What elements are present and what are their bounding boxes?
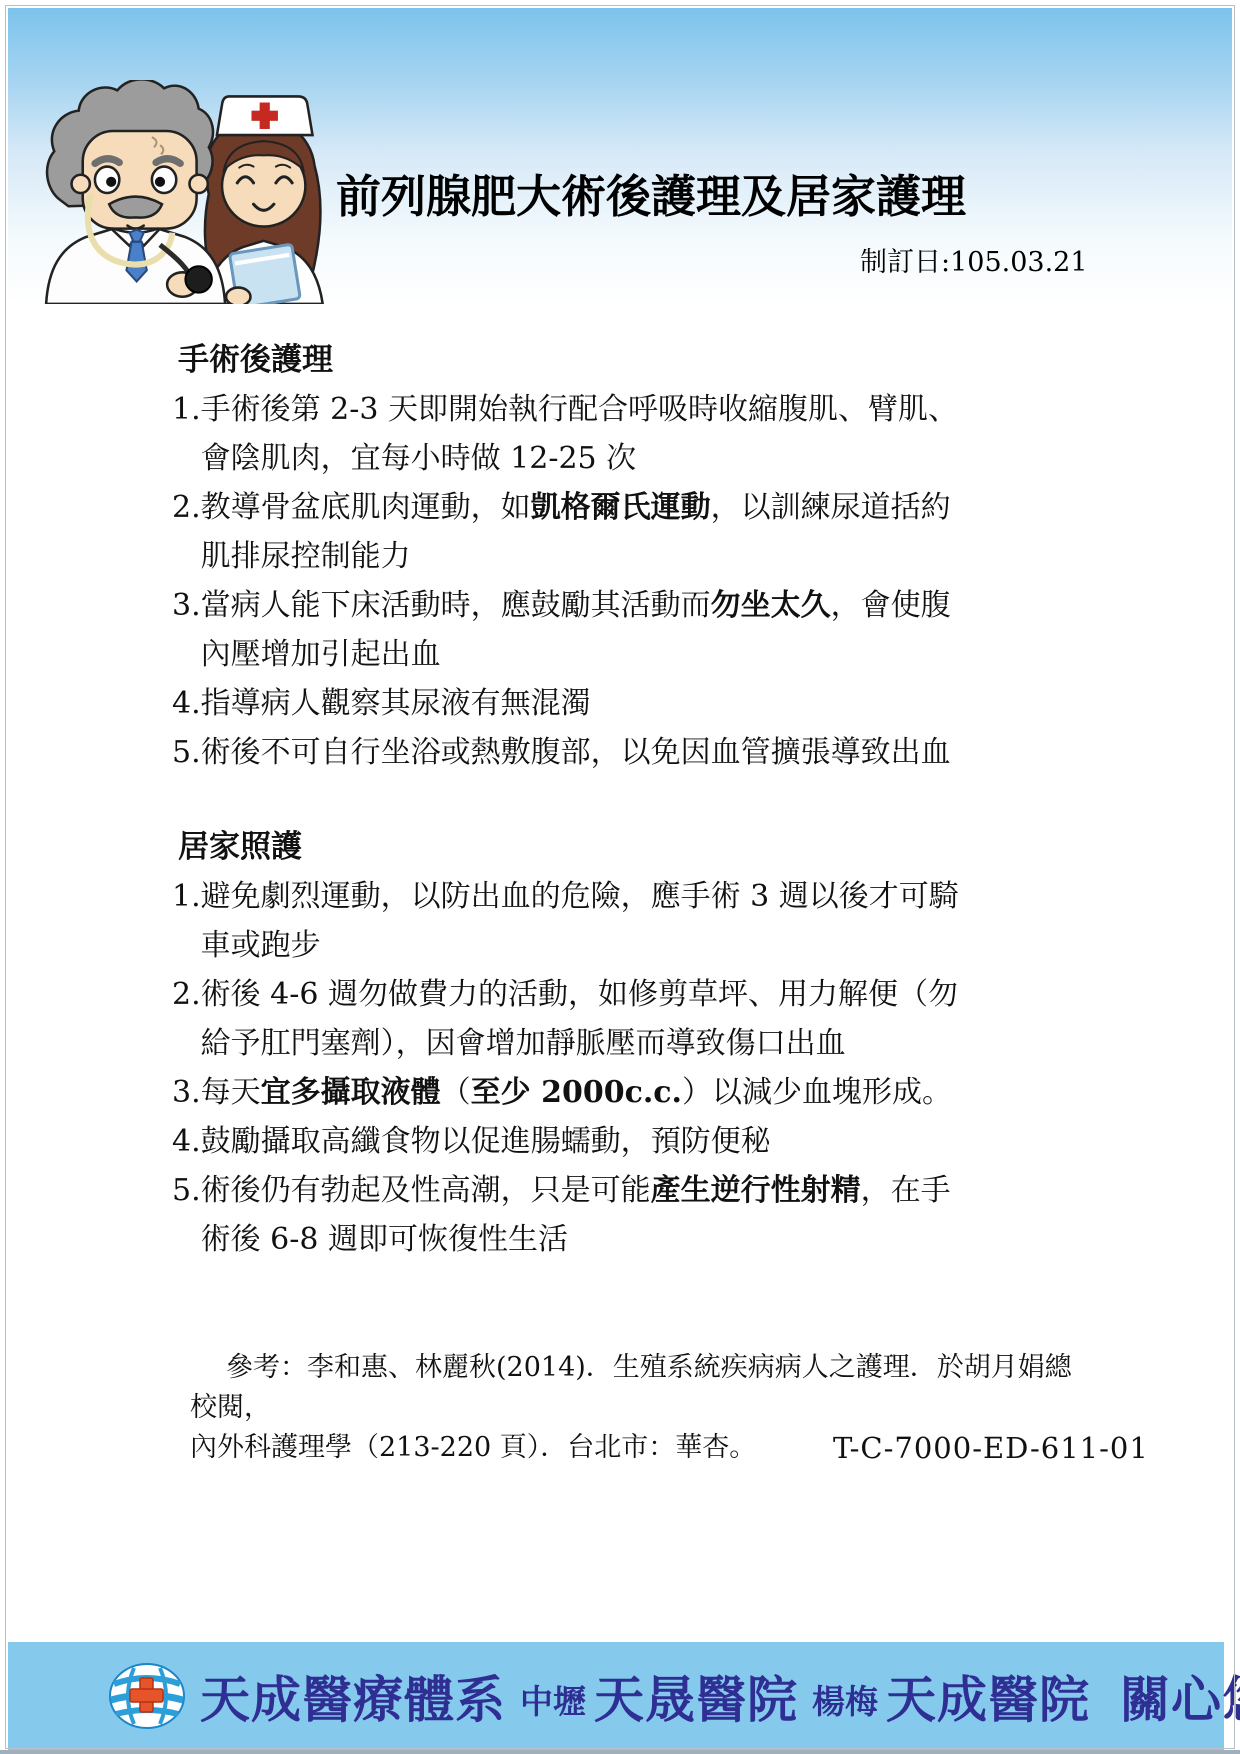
reference-line: 參考：李和惠、林麗秋(2014)．生殖系統疾病病人之護理．於胡月娟總校閱， <box>190 1348 1090 1428</box>
leaflet-page: 前列腺肥大術後護理及居家護理 制訂日:105.03.21 手術後護理 1. 手術… <box>0 0 1240 1754</box>
list-item: 5. 術後不可自行坐浴或熱敷腹部，以免因血管擴張導致出血 <box>172 728 972 777</box>
item-number: 2. <box>172 483 201 532</box>
nurse-figure <box>205 96 323 304</box>
section-home-care: 居家照護 1. 避免劇烈運動，以防出血的危險，應手術 3 週以後才可騎車或跑步 … <box>172 823 972 1264</box>
hospital-globe-cross-logo-icon <box>108 1662 186 1730</box>
item-text: 術後 4-6 週勿做費力的活動，如修剪草坪、用力解便（勿給予肛門塞劑），因會增加… <box>201 970 972 1068</box>
list-item: 4. 指導病人觀察其尿液有無混濁 <box>172 679 972 728</box>
hospital-name: 天晟醫院 <box>594 1660 798 1732</box>
section-heading: 手術後護理 <box>172 336 972 385</box>
list-item: 4. 鼓勵攝取高纖食物以促進腸蠕動，預防便秘 <box>172 1117 972 1166</box>
hospital-name: 天成醫院 <box>886 1660 1090 1732</box>
list-item: 1. 避免劇烈運動，以防出血的危險，應手術 3 週以後才可騎車或跑步 <box>172 872 972 970</box>
issue-date: 制訂日:105.03.21 <box>860 240 1088 279</box>
footer-band: 天成醫療體系 中壢 天晟醫院 楊梅 天成醫院 關心您 <box>8 1642 1224 1750</box>
list-item: 3. 當病人能下床活動時，應鼓勵其活動而勿坐太久，會使腹內壓增加引起出血 <box>172 581 972 679</box>
item-number: 2. <box>172 970 201 1019</box>
page-title: 前列腺肥大術後護理及居家護理 <box>336 160 966 225</box>
footer-branding: 天成醫療體系 中壢 天晟醫院 楊梅 天成醫院 關心您 <box>108 1642 1240 1750</box>
list-item: 5. 術後仍有勃起及性高潮，只是可能產生逆行性射精，在手術後 6-8 週即可恢復… <box>172 1166 972 1264</box>
item-number: 5. <box>172 1166 201 1215</box>
location-label: 中壢 <box>520 1676 586 1723</box>
header-banner: 前列腺肥大術後護理及居家護理 制訂日:105.03.21 <box>8 8 1232 304</box>
item-text: 術後不可自行坐浴或熱敷腹部，以免因血管擴張導致出血 <box>201 728 972 777</box>
document-body: 手術後護理 1. 手術後第 2-3 天即開始執行配合呼吸時收縮腹肌、臂肌、會陰肌… <box>172 336 972 1264</box>
page-bottom-edge <box>0 1750 1240 1754</box>
item-number: 4. <box>172 1117 201 1166</box>
item-number: 1. <box>172 872 201 921</box>
list-item: 3. 每天宜多攝取液體（至少 2000c.c.）以減少血塊形成。 <box>172 1068 972 1117</box>
item-text: 避免劇烈運動，以防出血的危險，應手術 3 週以後才可騎車或跑步 <box>201 872 972 970</box>
health-system-name: 天成醫療體系 <box>200 1660 506 1732</box>
location-label: 楊梅 <box>812 1676 878 1723</box>
section-postop-care: 手術後護理 1. 手術後第 2-3 天即開始執行配合呼吸時收縮腹肌、臂肌、會陰肌… <box>172 336 972 777</box>
item-text: 教導骨盆底肌肉運動，如凱格爾氏運動，以訓練尿道括約肌排尿控制能力 <box>201 483 972 581</box>
section-heading: 居家照護 <box>172 823 972 872</box>
item-text: 鼓勵攝取高纖食物以促進腸蠕動，預防便秘 <box>201 1117 972 1166</box>
stethoscope-chestpiece-icon <box>185 266 211 292</box>
item-text: 術後仍有勃起及性高潮，只是可能產生逆行性射精，在手術後 6-8 週即可恢復性生活 <box>201 1166 972 1264</box>
item-number: 1. <box>172 385 201 434</box>
item-number: 3. <box>172 581 201 630</box>
item-number: 5. <box>172 728 201 777</box>
item-number: 3. <box>172 1068 201 1117</box>
list-item: 1. 手術後第 2-3 天即開始執行配合呼吸時收縮腹肌、臂肌、會陰肌肉，宜每小時… <box>172 385 972 483</box>
document-code: T-C-7000-ED-611-01 <box>833 1431 1149 1465</box>
item-text: 每天宜多攝取液體（至少 2000c.c.）以減少血塊形成。 <box>201 1068 972 1117</box>
footer-tagline: 關心您 <box>1120 1660 1240 1732</box>
list-item: 2. 術後 4-6 週勿做費力的活動，如修剪草坪、用力解便（勿給予肛門塞劑），因… <box>172 970 972 1068</box>
doctor-nurse-illustration <box>38 80 343 304</box>
item-text: 指導病人觀察其尿液有無混濁 <box>201 679 972 728</box>
item-text: 手術後第 2-3 天即開始執行配合呼吸時收縮腹肌、臂肌、會陰肌肉，宜每小時做 1… <box>201 385 972 483</box>
list-item: 2. 教導骨盆底肌肉運動，如凱格爾氏運動，以訓練尿道括約肌排尿控制能力 <box>172 483 972 581</box>
doctor-figure <box>46 80 225 304</box>
item-number: 4. <box>172 679 201 728</box>
item-text: 當病人能下床活動時，應鼓勵其活動而勿坐太久，會使腹內壓增加引起出血 <box>201 581 972 679</box>
